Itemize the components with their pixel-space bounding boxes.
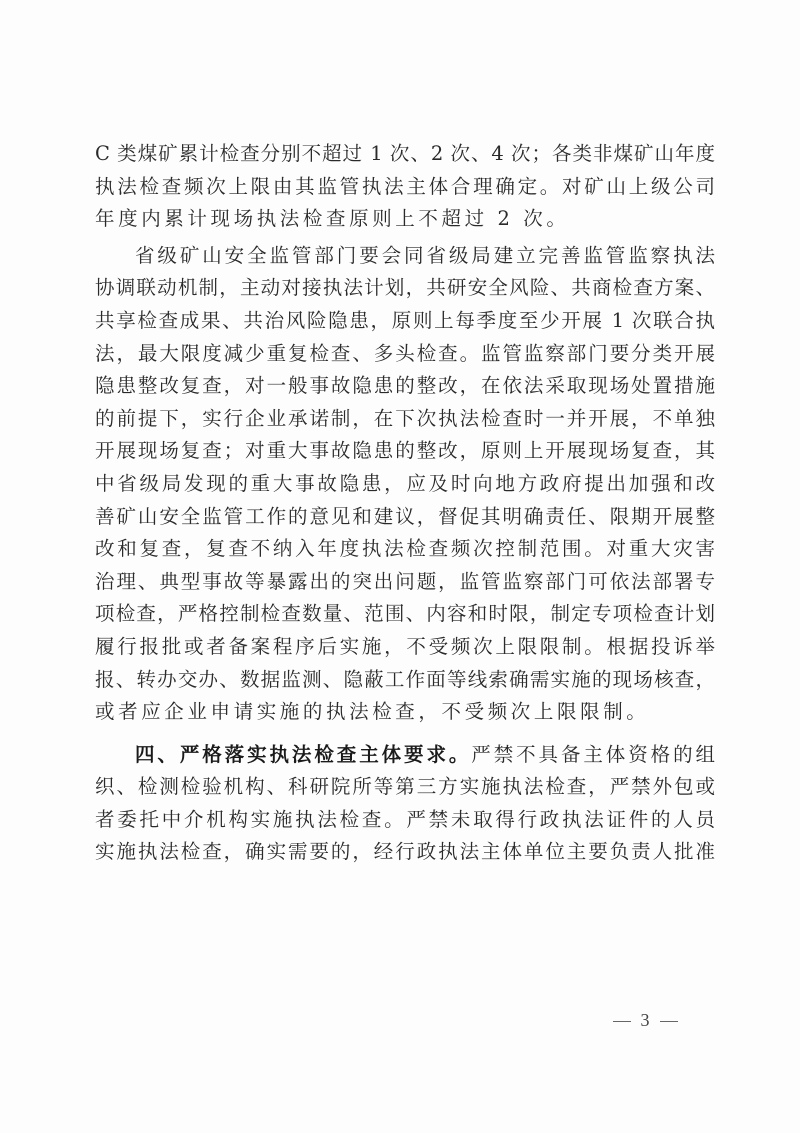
text-line: 省级矿山安全监管部门要会同省级局建立完善监管监察执法 — [95, 240, 715, 273]
text-line: 善矿山安全监管工作的意见和建议，督促其明确责任、限期开展整 — [95, 501, 715, 534]
text-line: C 类煤矿累计检查分别不超过 1 次、2 次、4 次；各类非煤矿山年度 — [95, 138, 715, 171]
page-number: 3 — [595, 1010, 695, 1031]
text-line: 项检查，严格控制检查数量、范围、内容和时限，制定专项检查计划 — [95, 598, 715, 631]
document-page: C 类煤矿累计检查分别不超过 1 次、2 次、4 次；各类非煤矿山年度 执法检查… — [0, 0, 800, 1133]
text-line: 年度内累计现场执法检查原则上不超过 2 次。 — [95, 203, 715, 236]
text-line: 实施执法检查，确实需要的，经行政执法主体单位主要负责人批准 — [95, 836, 715, 869]
document-body: C 类煤矿累计检查分别不超过 1 次、2 次、4 次；各类非煤矿山年度 执法检查… — [95, 138, 715, 869]
dash-right — [660, 1021, 678, 1022]
text-line: 报、转办交办、数据监测、隐蔽工作面等线索确需实施的现场核查， — [95, 664, 715, 697]
text-line: 的前提下，实行企业承诺制，在下次执法检查时一并开展，不单独 — [95, 403, 715, 436]
text-line: 或者应企业申请实施的执法检查，不受频次上限限制。 — [95, 696, 715, 729]
section-heading: 四、严格落实执法检查主体要求。 — [135, 743, 471, 766]
dash-left — [613, 1021, 631, 1022]
text-line: 者委托中介机构实施执法检查。严禁未取得行政执法证件的人员 — [95, 804, 715, 837]
text-line: 改和复查，复查不纳入年度执法检查频次控制范围。对重大灾害 — [95, 533, 715, 566]
paragraph-3: 四、严格落实执法检查主体要求。严禁不具备主体资格的组 织、检测检验机构、科研院所… — [95, 739, 715, 869]
text-line: 开展现场复查；对重大事故隐患的整改，原则上开展现场复查，其 — [95, 435, 715, 468]
page-number-value: 3 — [641, 1010, 650, 1030]
text-line: 四、严格落实执法检查主体要求。严禁不具备主体资格的组 — [95, 739, 715, 772]
text-line: 法，最大限度减少重复检查、多头检查。监管监察部门要分类开展 — [95, 338, 715, 371]
text-line: 隐患整改复查，对一般事故隐患的整改，在依法采取现场处置措施 — [95, 370, 715, 403]
text-line: 执法检查频次上限由其监管执法主体合理确定。对矿山上级公司 — [95, 171, 715, 204]
text-line: 协调联动机制，主动对接执法计划，共研安全风险、共商检查方案、 — [95, 272, 715, 305]
text-line: 中省级局发现的重大事故隐患，应及时向地方政府提出加强和改 — [95, 468, 715, 501]
text-line: 治理、典型事故等暴露出的突出问题，监管监察部门可依法部署专 — [95, 566, 715, 599]
text-line: 共享检查成果、共治风险隐患，原则上每季度至少开展 1 次联合执 — [95, 305, 715, 338]
paragraph-2: 省级矿山安全监管部门要会同省级局建立完善监管监察执法 协调联动机制，主动对接执法… — [95, 240, 715, 729]
text-line: 履行报批或者备案程序后实施，不受频次上限限制。根据投诉举 — [95, 631, 715, 664]
paragraph-1: C 类煤矿累计检查分别不超过 1 次、2 次、4 次；各类非煤矿山年度 执法检查… — [95, 138, 715, 236]
heading-line-rest: 严禁不具备主体资格的组 — [471, 743, 715, 766]
text-line: 织、检测检验机构、科研院所等第三方实施执法检查，严禁外包或 — [95, 771, 715, 804]
